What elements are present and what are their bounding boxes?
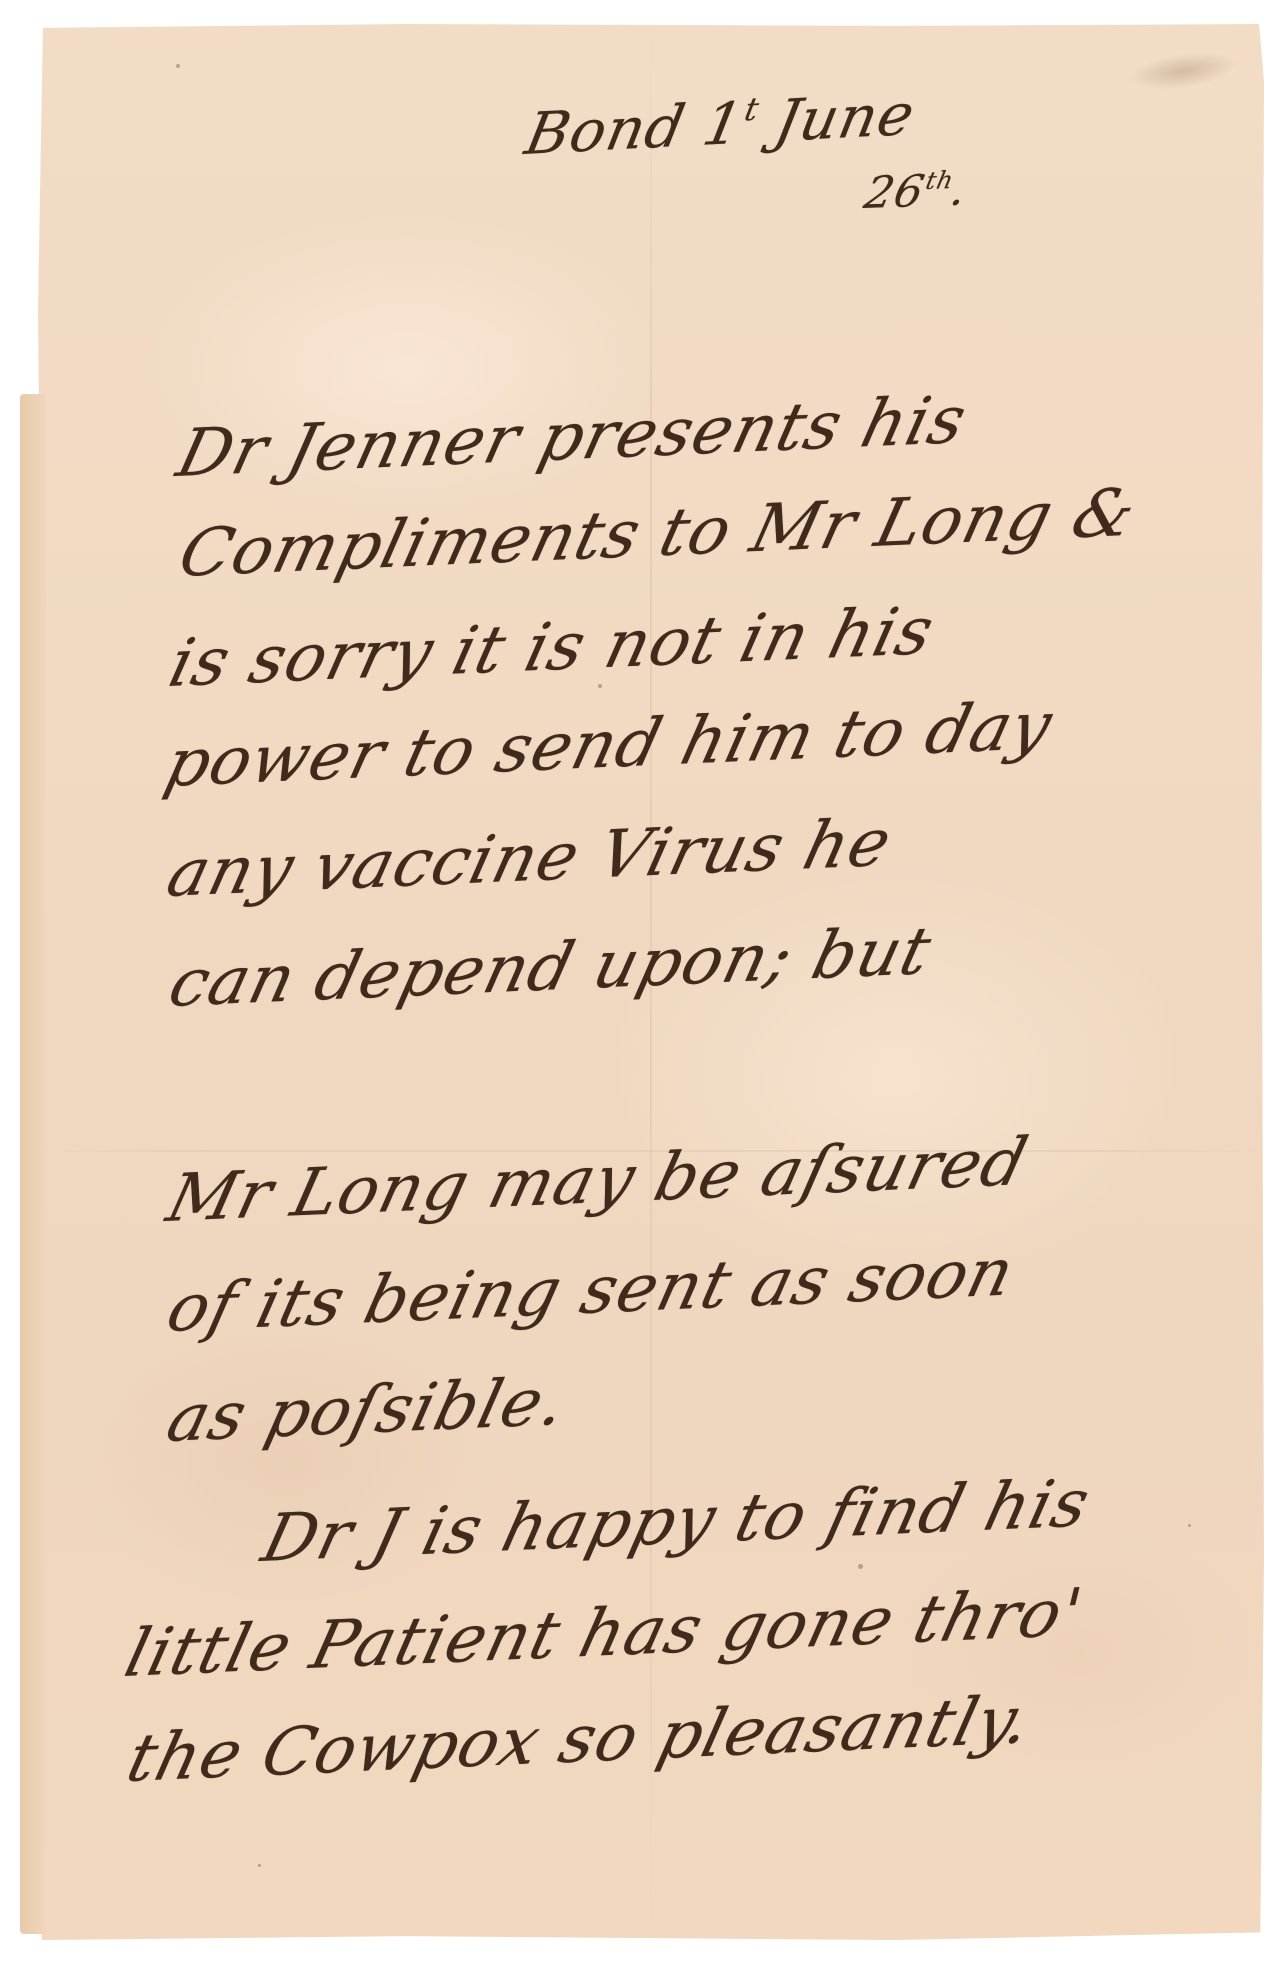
month-text: June	[770, 80, 921, 155]
paper-speck	[176, 64, 180, 68]
letter-heading-date: 26th.	[860, 165, 972, 219]
paper-speck	[598, 684, 602, 688]
paper-speck	[1188, 1524, 1191, 1527]
address-text: Bond 1	[520, 89, 749, 168]
paper-speck	[858, 1564, 863, 1569]
ink-smudge	[1126, 47, 1240, 96]
day-text: 26	[860, 166, 929, 219]
paper-speck	[258, 1864, 261, 1867]
binding-edge	[20, 394, 46, 1934]
